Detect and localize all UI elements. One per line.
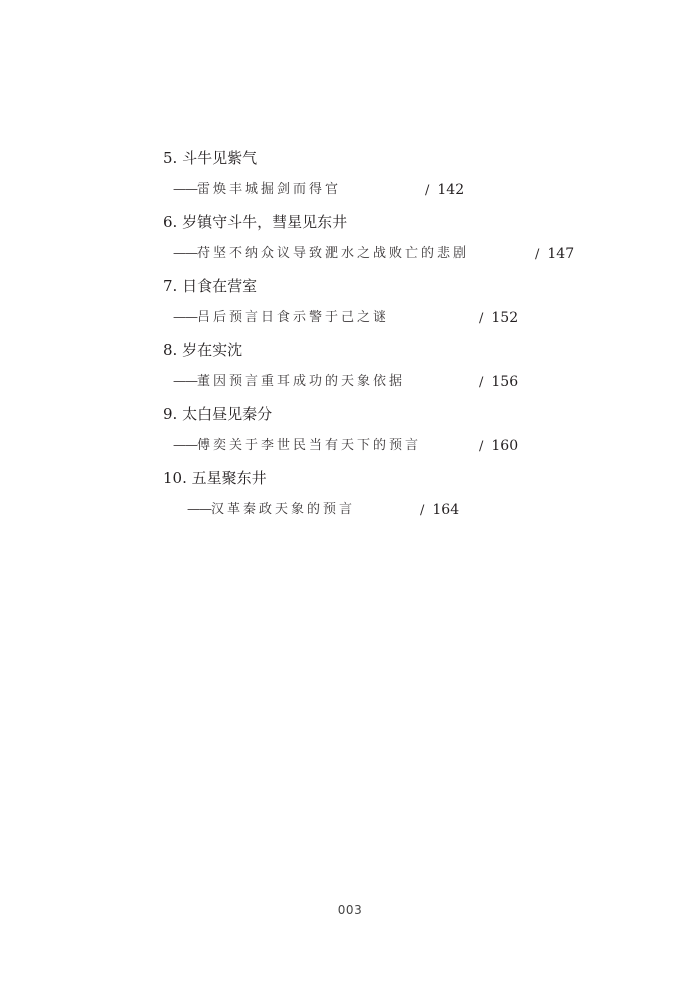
slash-separator: / — [535, 247, 539, 262]
entry-title-text: 岁镇守斗牛，彗星见东井 — [182, 213, 347, 231]
entry-subtitle: ——董因预言重耳成功的天象依据 /156 — [163, 370, 603, 394]
entry-number: 5. — [163, 149, 177, 167]
entry-number: 6. — [163, 213, 177, 231]
subtitle-text: 傅奕关于李世民当有天下的预言 — [197, 438, 421, 453]
toc-entry-8: 8. 岁在实沈 ——董因预言重耳成功的天象依据 /156 — [163, 338, 603, 394]
page-reference[interactable]: /156 — [479, 370, 518, 395]
page-link[interactable]: 160 — [491, 438, 518, 454]
slash-separator: / — [479, 375, 483, 390]
entry-title: 6. 岁镇守斗牛，彗星见东井 — [163, 210, 603, 234]
page-link[interactable]: 164 — [432, 502, 459, 518]
entry-number: 8. — [163, 341, 177, 359]
slash-separator: / — [425, 183, 429, 198]
em-dash: —— — [173, 306, 197, 330]
entry-subtitle: ——吕后预言日食示警于己之谜 /152 — [163, 306, 603, 330]
page-reference[interactable]: /142 — [425, 178, 464, 203]
page-link[interactable]: 156 — [491, 374, 518, 390]
entry-title-text: 斗牛见紫气 — [182, 149, 257, 167]
entry-number: 9. — [163, 405, 177, 423]
em-dash: —— — [173, 434, 197, 458]
toc-entry-9: 9. 太白昼见秦分 ——傅奕关于李世民当有天下的预言 /160 — [163, 402, 603, 458]
entry-number: 7. — [163, 277, 177, 295]
page-reference[interactable]: /152 — [479, 306, 518, 331]
page-reference[interactable]: /160 — [479, 434, 518, 459]
entry-title: 9. 太白昼见秦分 — [163, 402, 603, 426]
entry-title-text: 太白昼见秦分 — [182, 405, 272, 423]
page-link[interactable]: 152 — [491, 310, 518, 326]
em-dash: —— — [187, 498, 211, 522]
entry-number: 10. — [163, 469, 187, 487]
page-reference[interactable]: /147 — [535, 242, 574, 267]
entry-title: 10. 五星聚东井 — [163, 466, 603, 490]
entry-title-text: 五星聚东井 — [192, 469, 267, 487]
em-dash: —— — [173, 370, 197, 394]
subtitle-text: 苻坚不纳众议导致淝水之战败亡的悲剧 — [197, 246, 469, 261]
table-of-contents: 5. 斗牛见紫气 ——雷焕丰城掘剑而得官 /142 6. 岁镇守斗牛，彗星见东井… — [163, 146, 603, 530]
toc-entry-6: 6. 岁镇守斗牛，彗星见东井 ——苻坚不纳众议导致淝水之战败亡的悲剧 /147 — [163, 210, 603, 266]
entry-subtitle: ——雷焕丰城掘剑而得官 /142 — [163, 178, 603, 202]
toc-entry-7: 7. 日食在营室 ——吕后预言日食示警于己之谜 /152 — [163, 274, 603, 330]
entry-title: 7. 日食在营室 — [163, 274, 603, 298]
subtitle-text: 董因预言重耳成功的天象依据 — [197, 374, 405, 389]
entry-subtitle: ——汉革秦政天象的预言 /164 — [163, 498, 603, 522]
entry-subtitle: ——苻坚不纳众议导致淝水之战败亡的悲剧 /147 — [163, 242, 603, 266]
entry-title-text: 岁在实沈 — [182, 341, 242, 359]
entry-title-text: 日食在营室 — [182, 277, 257, 295]
page-link[interactable]: 147 — [547, 246, 574, 262]
subtitle-text: 吕后预言日食示警于己之谜 — [197, 310, 389, 325]
subtitle-text: 雷焕丰城掘剑而得官 — [197, 182, 341, 197]
page-link[interactable]: 142 — [437, 182, 464, 198]
slash-separator: / — [420, 503, 424, 518]
entry-title: 8. 岁在实沈 — [163, 338, 603, 362]
page-reference[interactable]: /164 — [420, 498, 459, 523]
entry-title: 5. 斗牛见紫气 — [163, 146, 603, 170]
slash-separator: / — [479, 439, 483, 454]
slash-separator: / — [479, 311, 483, 326]
em-dash: —— — [173, 242, 197, 266]
entry-subtitle: ——傅奕关于李世民当有天下的预言 /160 — [163, 434, 603, 458]
toc-entry-10: 10. 五星聚东井 ——汉革秦政天象的预言 /164 — [163, 466, 603, 522]
page-number: 003 — [0, 903, 700, 917]
toc-entry-5: 5. 斗牛见紫气 ——雷焕丰城掘剑而得官 /142 — [163, 146, 603, 202]
em-dash: —— — [173, 178, 197, 202]
subtitle-text: 汉革秦政天象的预言 — [211, 502, 355, 517]
